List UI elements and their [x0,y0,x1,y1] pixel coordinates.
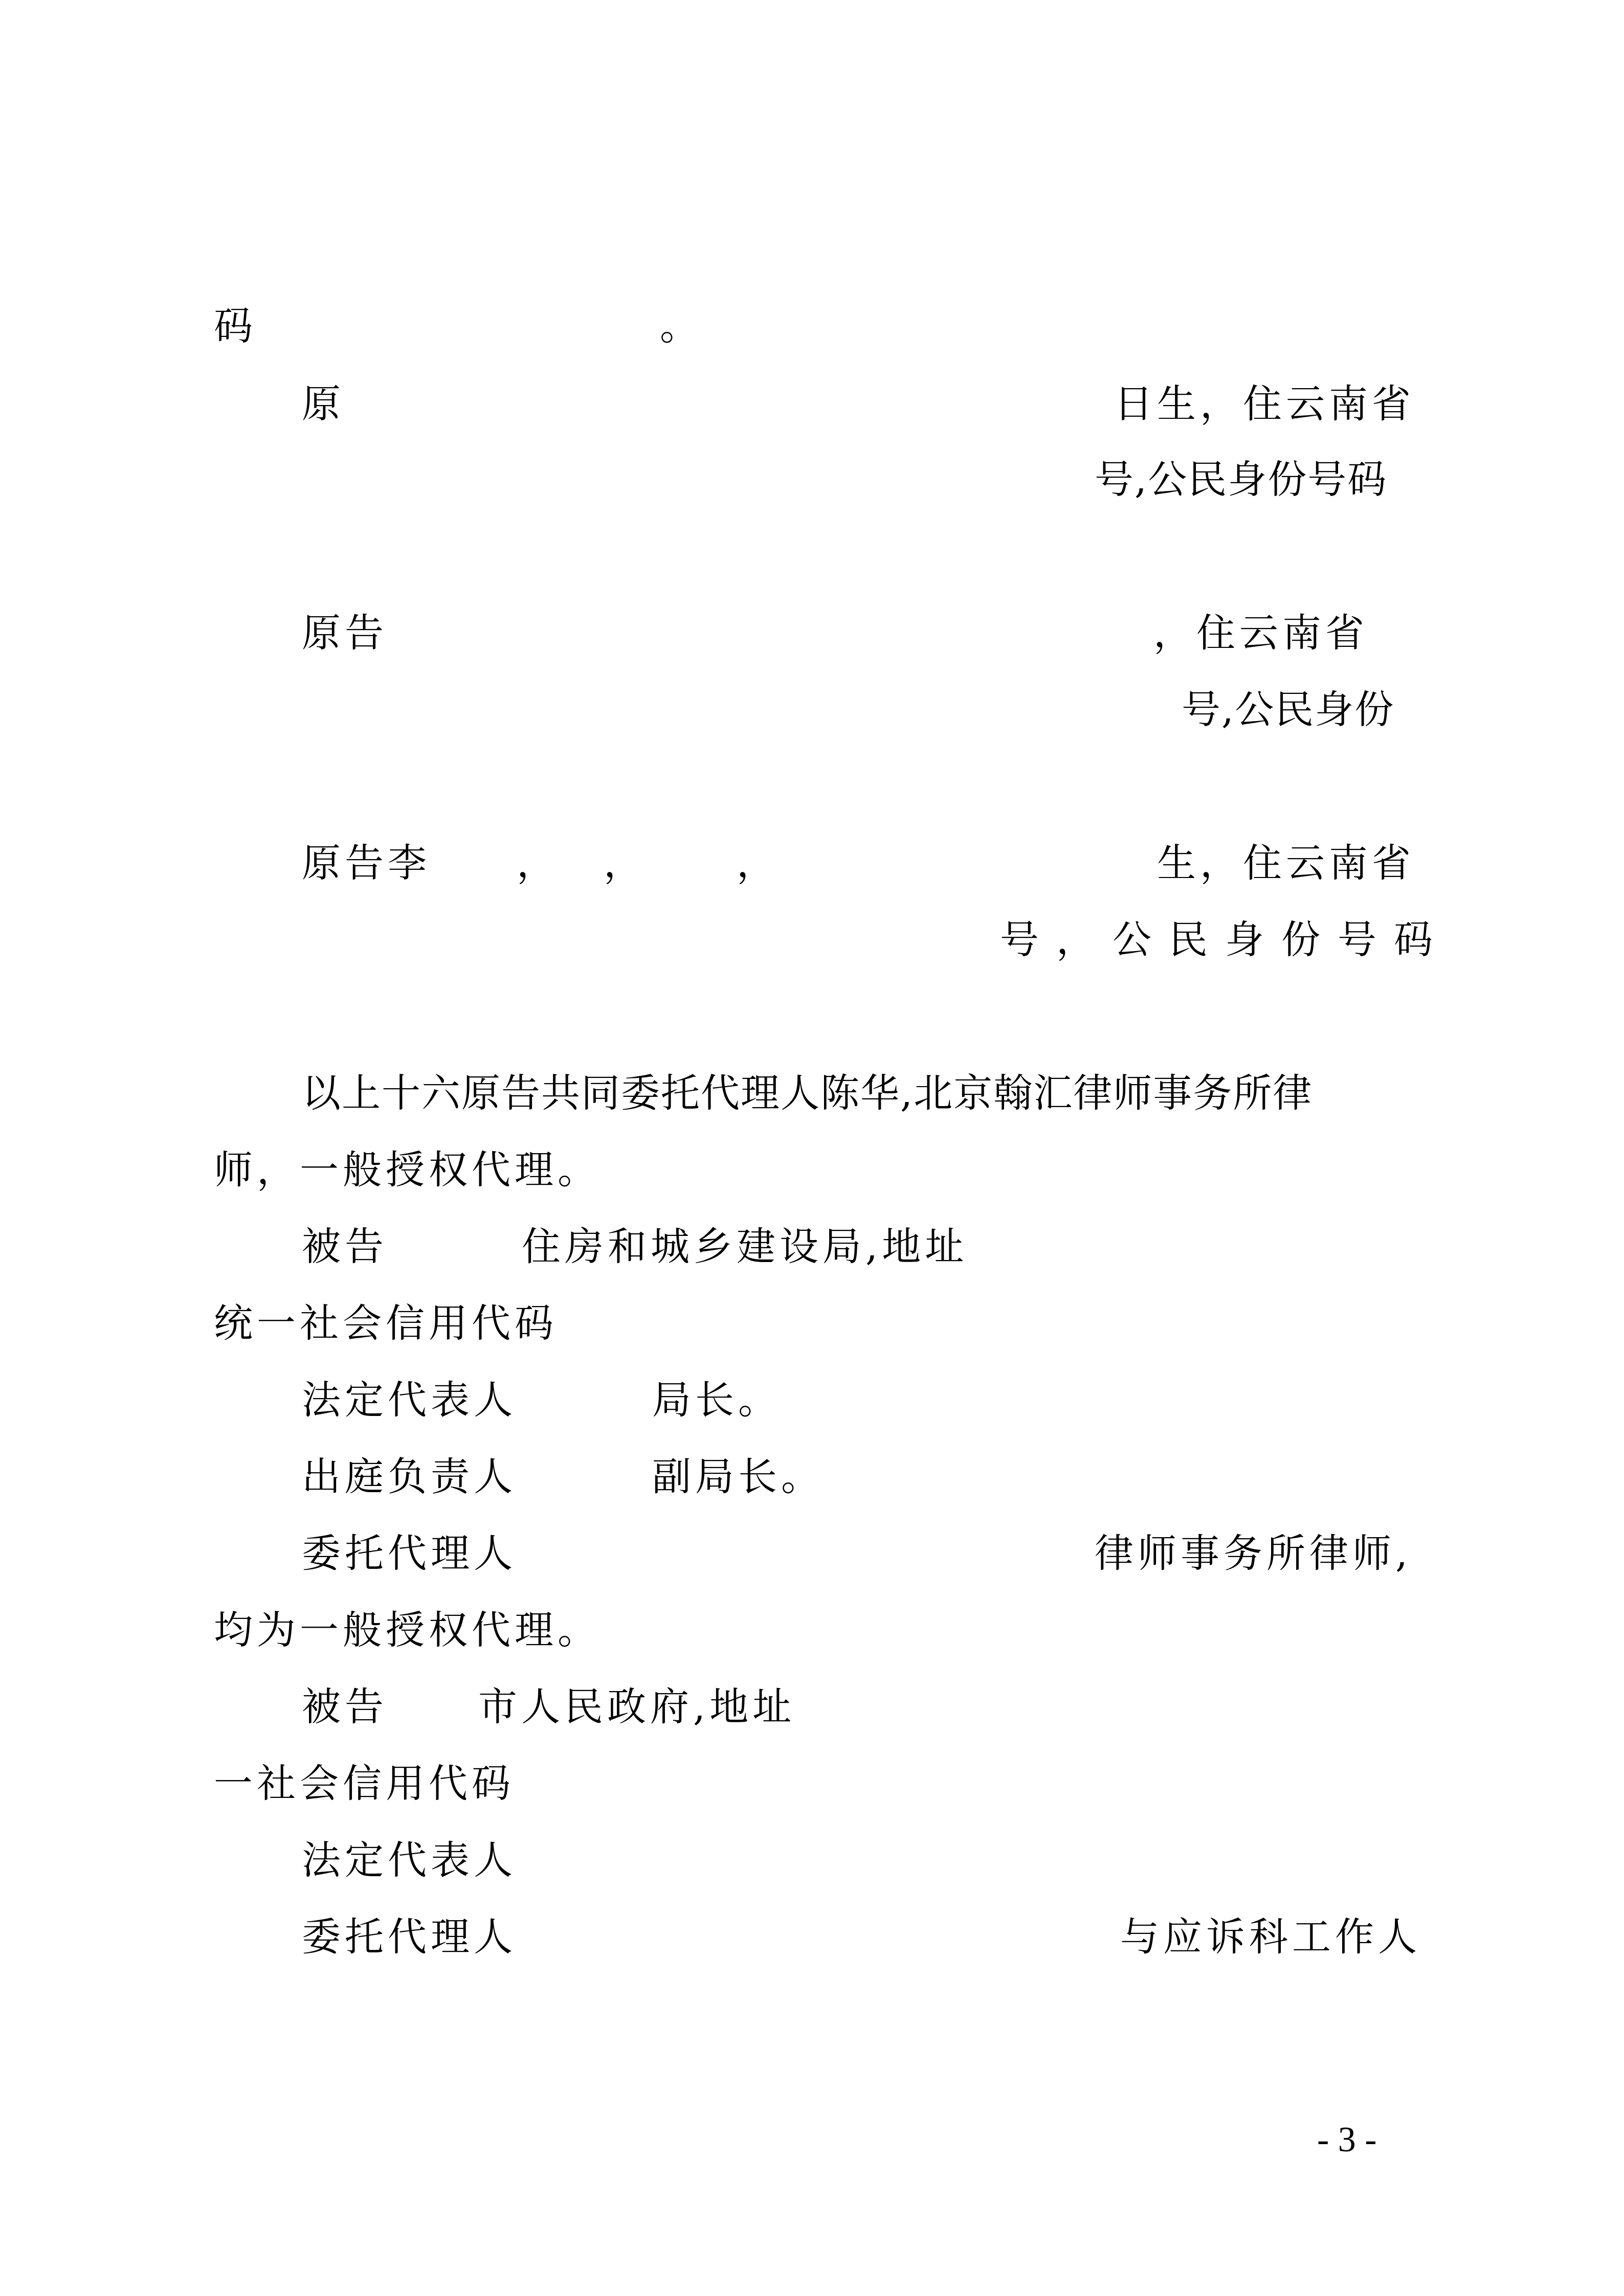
text-fragment: 委托代理人 [302,1534,517,1573]
text-fragment: 日生，住云南省 [1114,385,1415,423]
text-fragment: 一社会信用代码 [214,1764,515,1803]
text-fragment: 法定代表人 [302,1841,517,1880]
text-fragment: 副局长。 [652,1457,824,1496]
text-fragment: 被告 [302,1687,388,1726]
text-fragment: ，住云南省 [1153,614,1368,652]
text-fragment: 生，住云南省 [1157,844,1415,883]
text-fragment: 号,公民身份号码 [1095,460,1387,499]
text-fragment: 与应诉科工作人 [1120,1918,1421,1956]
text-fragment: 统一社会信用代码 [214,1304,558,1343]
text-fragment: 原告李 [302,844,431,883]
text-fragment: 律师事务所律师, [1095,1534,1412,1573]
text-fragment: 码 [214,307,257,346]
page-number: - 3 - [1317,2122,1377,2158]
text-fragment: 原告 [302,614,388,652]
document-page: 码 。 原 日生，住云南省 号,公民身份号码 原告 ，住云南省 号,公民身份 原… [0,0,1624,2296]
text-fragment: 原 [302,385,345,423]
text-fragment: 号,公民身份 [1182,690,1394,729]
text-fragment: 法定代表人 [302,1381,517,1420]
text-fragment: 出庭负责人 [302,1457,517,1496]
text-fragment: 以上十六原告共同委托代理人陈华,北京翰汇律师事务所律 [302,1074,1312,1113]
text-fragment: 住房和城乡建设局,地址 [522,1227,968,1266]
text-fragment: ， [517,844,560,883]
text-fragment: 均为一般授权代理。 [214,1611,600,1650]
text-fragment: ， [737,844,780,883]
text-fragment: 师，一般授权代理。 [214,1151,600,1189]
text-fragment: 局长。 [652,1381,781,1420]
text-fragment: 被告 [302,1227,388,1266]
text-fragment: 号，公民身份号码 [1000,920,1450,959]
text-fragment: ， [604,844,647,883]
text-fragment: 委托代理人 [302,1918,517,1956]
text-fragment: 市人民政府,地址 [478,1687,795,1726]
text-fragment: 。 [660,307,703,346]
